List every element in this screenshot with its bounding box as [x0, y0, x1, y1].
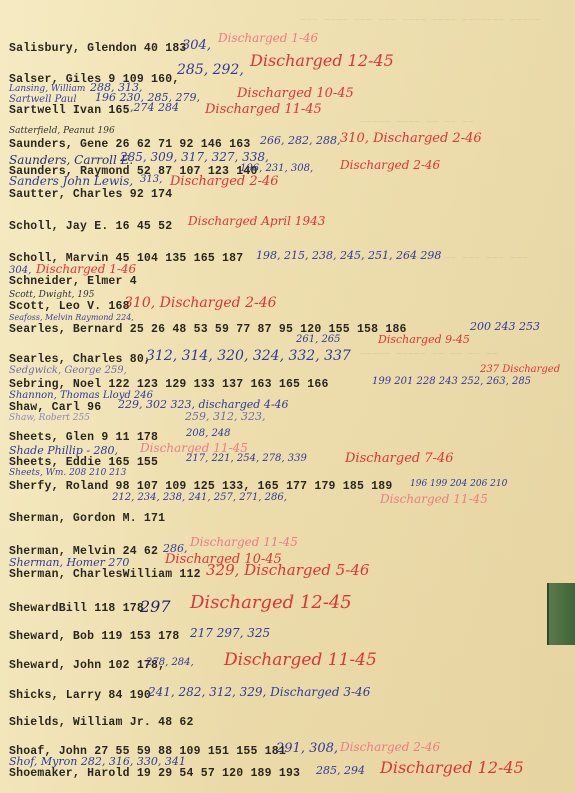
- entry-blue-notes: ,274 284: [130, 101, 179, 114]
- entry-blue-notes: 313,: [140, 174, 162, 185]
- entry-name: Sherman, Gordon M. 171: [9, 512, 165, 525]
- entry-red-notes: Discharged 12-45: [190, 592, 352, 613]
- entry-red-notes: Discharged 11-45: [380, 492, 488, 506]
- entry-name: Searles, Bernard 25 26 48 53 59 77 87 95…: [9, 323, 407, 336]
- entry-blue-notes: 261, 265: [296, 334, 341, 345]
- entry-name: Sherman, CharlesWilliam 112: [9, 568, 201, 581]
- entry-blue-notes: 278, 284,: [146, 657, 194, 668]
- entry-red-notes: Discharged April 1943: [188, 214, 325, 228]
- entry-blue-notes: 259, 312, 323,: [185, 410, 265, 423]
- entry-name: Shields, William Jr. 48 62: [9, 716, 194, 729]
- document-page: ~~~ ~~~~ ~~~ ~~~ ~~~~ ~~~~ ~~~~~~~ ~~~~~…: [0, 0, 575, 793]
- entry-blue-notes: 217, 221, 254, 278, 339: [186, 453, 307, 464]
- entry-name: Salisbury, Glendon 40 183: [9, 42, 187, 55]
- entry-blue-notes: 196, 231, 308,: [240, 163, 313, 174]
- entry-red-notes: Discharged 7-46: [345, 451, 454, 466]
- entry-blue-notes: 291, 308,: [276, 741, 338, 756]
- entry-red-notes: Discharged 1-46: [36, 262, 136, 276]
- entry-red-notes: 310, Discharged 2-46: [124, 295, 277, 311]
- entry-red-notes: Discharged 11-45: [190, 535, 298, 549]
- entry-name: Sheets, Glen 9 11 178: [9, 431, 158, 444]
- entry-name: ShewardBill 118 178: [9, 602, 144, 615]
- bleed-through-text: ~~~ ~~~~ ~~~ ~~~ ~~~~ ~~~~ ~~~~~~~ ~~~~~: [300, 16, 540, 27]
- entry-blue-notes: 297: [140, 597, 171, 616]
- entry-red-notes: 329, Discharged 5-46: [206, 561, 369, 579]
- entry-blue-notes: 266, 282, 288,: [260, 134, 340, 147]
- entry-blue-notes: 208, 248: [186, 428, 231, 439]
- entry-name: Sautter, Charles 92 174: [9, 188, 172, 201]
- entry-red-notes: Discharged 9-45: [378, 333, 470, 346]
- entry-name: Sheward, Bob 119 153 178: [9, 630, 179, 643]
- entry-blue-notes: 304,: [182, 38, 211, 53]
- entry-blue-notes: 312, 314, 320, 324, 332, 337: [146, 348, 351, 364]
- entry-name: Scholl, Jay E. 16 45 52: [9, 220, 172, 233]
- entry-red-notes: Discharged 11-45: [205, 102, 322, 117]
- entry-blue-notes: 285, 292,: [177, 62, 244, 78]
- entry-blue-notes: 199 201 228 243 252, 263, 285: [372, 376, 531, 387]
- entry-blue-notes: 217 297, 325: [190, 626, 270, 640]
- bleed-through-text: ~~~~~ ~~~~~ ~~ ~~ ~~ ~~: [360, 350, 498, 361]
- entry-red-notes: Discharged 12-45: [380, 758, 524, 777]
- folder-tab: [547, 583, 575, 645]
- entry-red-notes: Discharged 1-46: [218, 31, 318, 45]
- entry-handwritten-name: Shaw, Robert 255: [9, 413, 90, 423]
- entry-name: Schneider, Elmer 4: [9, 275, 137, 288]
- entry-name: Shicks, Larry 84 190: [9, 689, 151, 702]
- entry-handwritten-name: Sheets, Wm. 208 210 213: [9, 468, 126, 478]
- entry-handwritten-name: Seafoss, Melvin Raymond 224,: [9, 313, 134, 322]
- entry-red-notes: Discharged 2-46: [170, 174, 279, 189]
- entry-blue-notes: 285, 294: [316, 764, 365, 777]
- entry-red-notes: Discharged 2-46: [340, 158, 440, 172]
- entry-name: Sartwell Ivan 165: [9, 104, 130, 117]
- entry-red-notes: Discharged 10-45: [237, 86, 354, 101]
- entry-name: Sheward, John 102 178,: [9, 659, 165, 672]
- entry-red-notes: Discharged 11-45: [224, 650, 377, 670]
- entry-handwritten-name: Sanders John Lewis,: [9, 174, 133, 188]
- entry-blue-notes: 241, 282, 312, 329, Discharged 3-46: [148, 685, 370, 699]
- entry-red-notes: Discharged 2-46: [340, 740, 440, 754]
- entry-handwritten-name: Satterfield, Peanut 196: [9, 126, 115, 136]
- entry-blue-notes: 200 243 253: [470, 320, 540, 333]
- entry-handwritten-name: Scott, Dwight, 195: [9, 290, 94, 300]
- entry-red-notes: 310, Discharged 2-46: [340, 131, 482, 146]
- entry-blue-notes: 196 199 204 206 210: [410, 479, 507, 489]
- entry-handwritten-name: Sedgwick, George 259,: [9, 365, 127, 376]
- bleed-through-text: ~~~~~ ~~~~ ~~ ~~ ~~: [360, 118, 474, 129]
- entry-blue-notes: 212, 234, 238, 241, 257, 271, 286,: [112, 492, 287, 503]
- entry-blue-notes: 198, 215, 238, 245, 251, 264 298: [256, 249, 441, 262]
- entry-red-notes: Discharged 12-45: [250, 51, 394, 70]
- entry-handwritten-name: Lansing, William: [9, 84, 85, 94]
- entry-blue-notes: 285, 309, 317, 327, 338,: [120, 150, 269, 164]
- entry-name: Scott, Leo V. 168: [9, 300, 130, 313]
- entry-name: Shoemaker, Harold 19 29 54 57 120 189 19…: [9, 767, 300, 780]
- entry-red-notes: 237 Discharged: [480, 364, 560, 375]
